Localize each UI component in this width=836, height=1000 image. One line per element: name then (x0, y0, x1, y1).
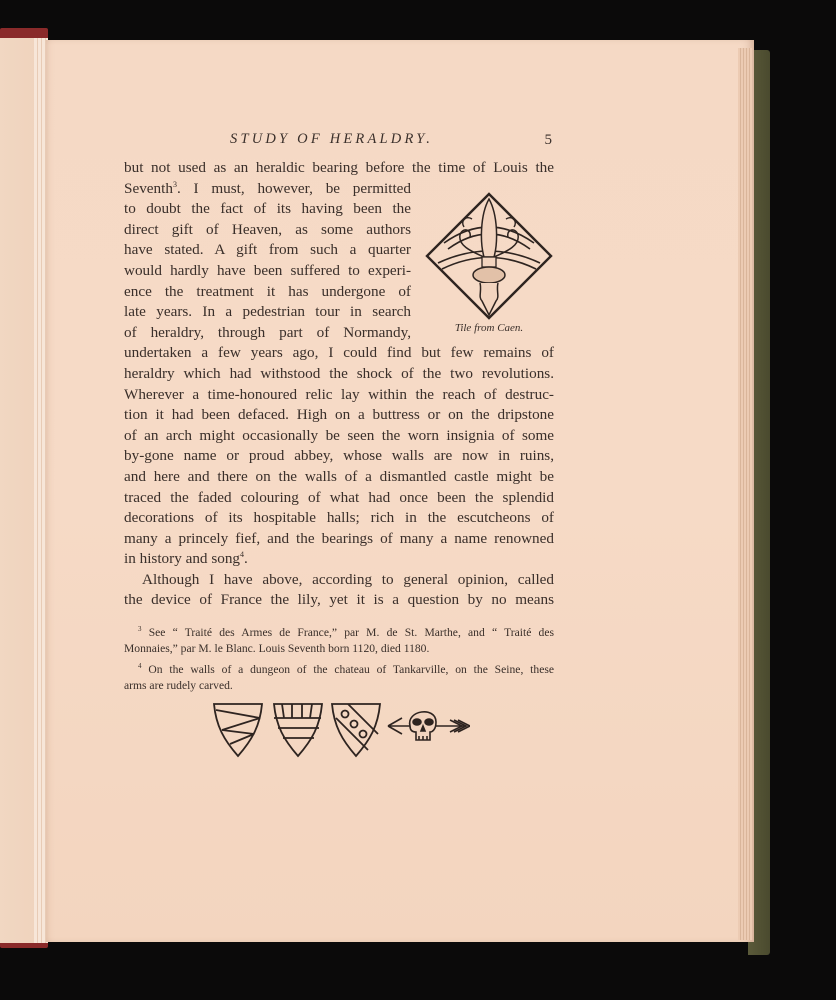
figure-tile-from-caen: Tile from Caen. (424, 191, 554, 341)
text-line: traced the faded colouring of what had o… (124, 488, 554, 509)
text-fragment: in history and song (124, 550, 240, 567)
footnote-3-line: 3 See “ Traité des Armes de France,” par… (124, 625, 554, 641)
text-line: would hardly have been suffered to exper… (124, 261, 411, 282)
skull-arrow-icon (388, 712, 470, 740)
text-line: Although I have above, according to gene… (124, 570, 554, 591)
text-line: and here and there on the walls of a dis… (124, 467, 554, 488)
shield-bend-roundels-icon (332, 704, 380, 756)
text-line: Seventh3. I must, however, be permitted (124, 179, 411, 200)
running-title: STUDY OF HERALDRY. (230, 131, 433, 148)
text-line: but not used as an heraldic bearing befo… (124, 158, 554, 179)
page-number: 5 (545, 132, 553, 149)
text-line: heraldry which had withstood the shock o… (124, 364, 554, 385)
shield-barry-crenellated-icon (274, 704, 322, 756)
text-line: in history and song4. (124, 549, 554, 570)
text-line: the device of France the lily, yet it is… (124, 590, 554, 611)
text-line: by-gone name or proud abbey, whose walls… (124, 446, 554, 467)
text-line: Wherever a time-honoured relic lay withi… (124, 385, 554, 406)
text-line: ence the treatment it has undergone of (124, 282, 411, 303)
text-line: direct gift of Heaven, as some authors (124, 220, 411, 241)
text-fragment: . I must, however, be permitted (177, 180, 411, 197)
text-fragment: . (244, 550, 248, 567)
text-line: to doubt the fact of its having been the (124, 199, 411, 220)
text-line: have stated. A gift from such a quarter (124, 240, 411, 261)
text-line: of an arch might occasionally be seen th… (124, 426, 554, 447)
text-line: undertaken a few years ago, I could find… (124, 343, 554, 364)
left-page-edge (0, 38, 36, 943)
figure-caption: Tile from Caen. (424, 322, 554, 334)
text-line: decorations of its hospitable halls; ric… (124, 508, 554, 529)
page-fore-edge (738, 48, 752, 940)
footnote-4-line: 4 On the walls of a dungeon of the chate… (124, 662, 554, 678)
footnote-text: See “ Traité des Armes de France,” par M… (149, 626, 554, 639)
footnote-text: On the walls of a dungeon of the chateau… (148, 663, 554, 676)
footnote-4-line: arms are rudely carved. (124, 678, 554, 694)
text-line: of heraldry, through part of Normandy, (124, 323, 411, 344)
footnote-3-line: Monnaies,” par M. le Blanc. Louis Sevent… (124, 641, 554, 657)
footnote-marker: 4 (138, 662, 142, 670)
text-line: tion it had been defaced. High on a butt… (124, 405, 554, 426)
footnote-marker: 3 (138, 625, 142, 633)
footnotes: 3 See “ Traité des Armes de France,” par… (124, 625, 554, 695)
tailpiece-ornament (210, 700, 470, 760)
running-head: STUDY OF HERALDRY. 5 (120, 131, 558, 153)
text-fragment: Seventh (124, 180, 173, 197)
text-line: many a princely fief, and the bearings o… (124, 529, 554, 550)
shield-bendy-icon (214, 704, 262, 756)
fleur-de-lis-tile-icon (424, 191, 554, 321)
text-line: late years. In a pedestrian tour in sear… (124, 302, 411, 323)
